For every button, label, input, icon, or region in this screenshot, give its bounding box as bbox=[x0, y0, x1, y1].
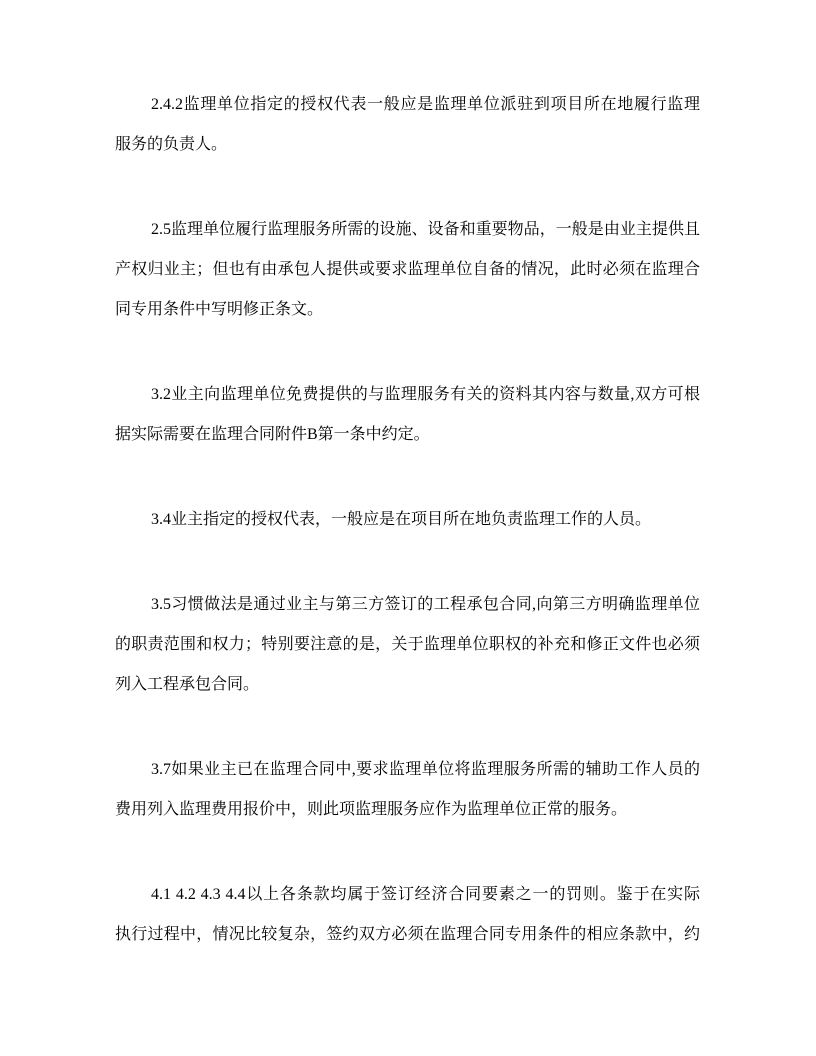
text-line: 3.5习惯做法是通过业主与第三方签订的工程承包合同,向第三方明确监理单位 bbox=[115, 585, 700, 625]
text-line: 3.4业主指定的授权代表，一般应是在项目所在地负责监理工作的人员。 bbox=[115, 500, 700, 540]
paragraph-4-1-to-4-4: 4.1 4.2 4.3 4.4以上各条款均属于签订经济合同要素之一的罚则。鉴于在… bbox=[115, 875, 700, 955]
text-line: 据实际需要在监理合同附件B第一条中约定。 bbox=[115, 415, 700, 455]
text-line: 4.1 4.2 4.3 4.4以上各条款均属于签订经济合同要素之一的罚则。鉴于在… bbox=[115, 875, 700, 915]
text-line: 2.5监理单位履行监理服务所需的设施、设备和重要物品，一般是由业主提供且 bbox=[115, 210, 700, 250]
paragraph-3-5: 3.5习惯做法是通过业主与第三方签订的工程承包合同,向第三方明确监理单位 的职责… bbox=[115, 585, 700, 705]
text-line: 服务的负责人。 bbox=[115, 125, 700, 165]
text-line: 3.7如果业主已在监理合同中,要求监理单位将监理服务所需的辅助工作人员的 bbox=[115, 750, 700, 790]
text-line: 3.2业主向监理单位免费提供的与监理服务有关的资料其内容与数量,双方可根 bbox=[115, 375, 700, 415]
text-line: 费用列入监理费用报价中，则此项监理服务应作为监理单位正常的服务。 bbox=[115, 790, 700, 830]
text-line: 2.4.2监理单位指定的授权代表一般应是监理单位派驻到项目所在地履行监理 bbox=[115, 85, 700, 125]
document-page: 2.4.2监理单位指定的授权代表一般应是监理单位派驻到项目所在地履行监理 服务的… bbox=[0, 0, 816, 1056]
text-line: 执行过程中，情况比较复杂，签约双方必须在监理合同专用条件的相应条款中，约 bbox=[115, 915, 700, 955]
text-line: 列入工程承包合同。 bbox=[115, 665, 700, 705]
document-body: 2.4.2监理单位指定的授权代表一般应是监理单位派驻到项目所在地履行监理 服务的… bbox=[115, 85, 700, 955]
paragraph-2-4-2: 2.4.2监理单位指定的授权代表一般应是监理单位派驻到项目所在地履行监理 服务的… bbox=[115, 85, 700, 165]
paragraph-2-5: 2.5监理单位履行监理服务所需的设施、设备和重要物品，一般是由业主提供且 产权归… bbox=[115, 210, 700, 330]
text-line: 产权归业主；但也有由承包人提供或要求监理单位自备的情况，此时必须在监理合 bbox=[115, 250, 700, 290]
paragraph-3-7: 3.7如果业主已在监理合同中,要求监理单位将监理服务所需的辅助工作人员的 费用列… bbox=[115, 750, 700, 830]
text-line: 同专用条件中写明修正条文。 bbox=[115, 290, 700, 330]
paragraph-3-4: 3.4业主指定的授权代表，一般应是在项目所在地负责监理工作的人员。 bbox=[115, 500, 700, 540]
text-line: 的职责范围和权力；特别要注意的是，关于监理单位职权的补充和修正文件也必须 bbox=[115, 625, 700, 665]
paragraph-3-2: 3.2业主向监理单位免费提供的与监理服务有关的资料其内容与数量,双方可根 据实际… bbox=[115, 375, 700, 455]
